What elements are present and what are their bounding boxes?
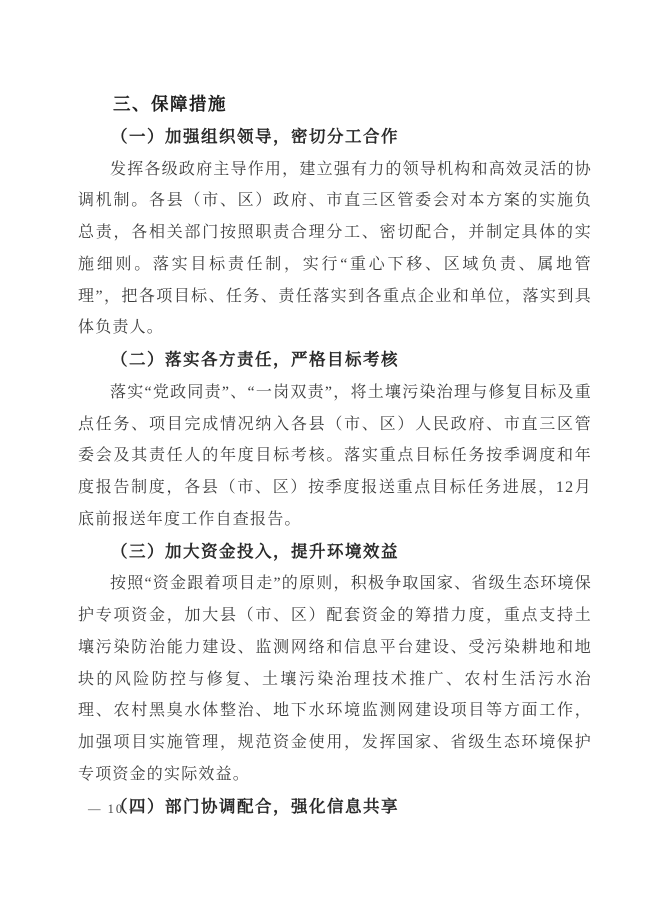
subsection-1-heading: （一）加强组织领导，密切分工合作 — [78, 121, 592, 154]
subsection-2: （二）落实各方责任，严格目标考核 落实“党政同责”、“一岗双责”，将土壤污染治理… — [78, 344, 592, 535]
subsection-2-paragraph: 落实“党政同责”、“一岗双责”，将土壤污染治理与修复目标及重点任务、项目完成情况… — [78, 377, 592, 536]
section-title: 三、保障措施 — [78, 88, 592, 121]
subsection-3-paragraph: 按照“资金跟着项目走”的原则，积极争取国家、省级生态环境保护专项资金，加大县（市… — [78, 568, 592, 791]
subsection-3-heading: （三）加大资金投入，提升环境效益 — [78, 536, 592, 569]
document-page: 三、保障措施 （一）加强组织领导，密切分工合作 发挥各级政府主导作用，建立强有力… — [0, 0, 650, 919]
subsection-4: （四）部门协调配合，强化信息共享 — [78, 791, 592, 824]
subsection-4-heading: （四）部门协调配合，强化信息共享 — [78, 791, 592, 824]
subsection-3: （三）加大资金投入，提升环境效益 按照“资金跟着项目走”的原则，积极争取国家、省… — [78, 536, 592, 791]
page-number: — 10 — — [88, 802, 144, 817]
subsection-2-heading: （二）落实各方责任，严格目标考核 — [78, 344, 592, 377]
subsection-1-paragraph: 发挥各级政府主导作用，建立强有力的领导机构和高效灵活的协调机制。各县（市、区）政… — [78, 154, 592, 345]
subsection-1: （一）加强组织领导，密切分工合作 发挥各级政府主导作用，建立强有力的领导机构和高… — [78, 121, 592, 344]
